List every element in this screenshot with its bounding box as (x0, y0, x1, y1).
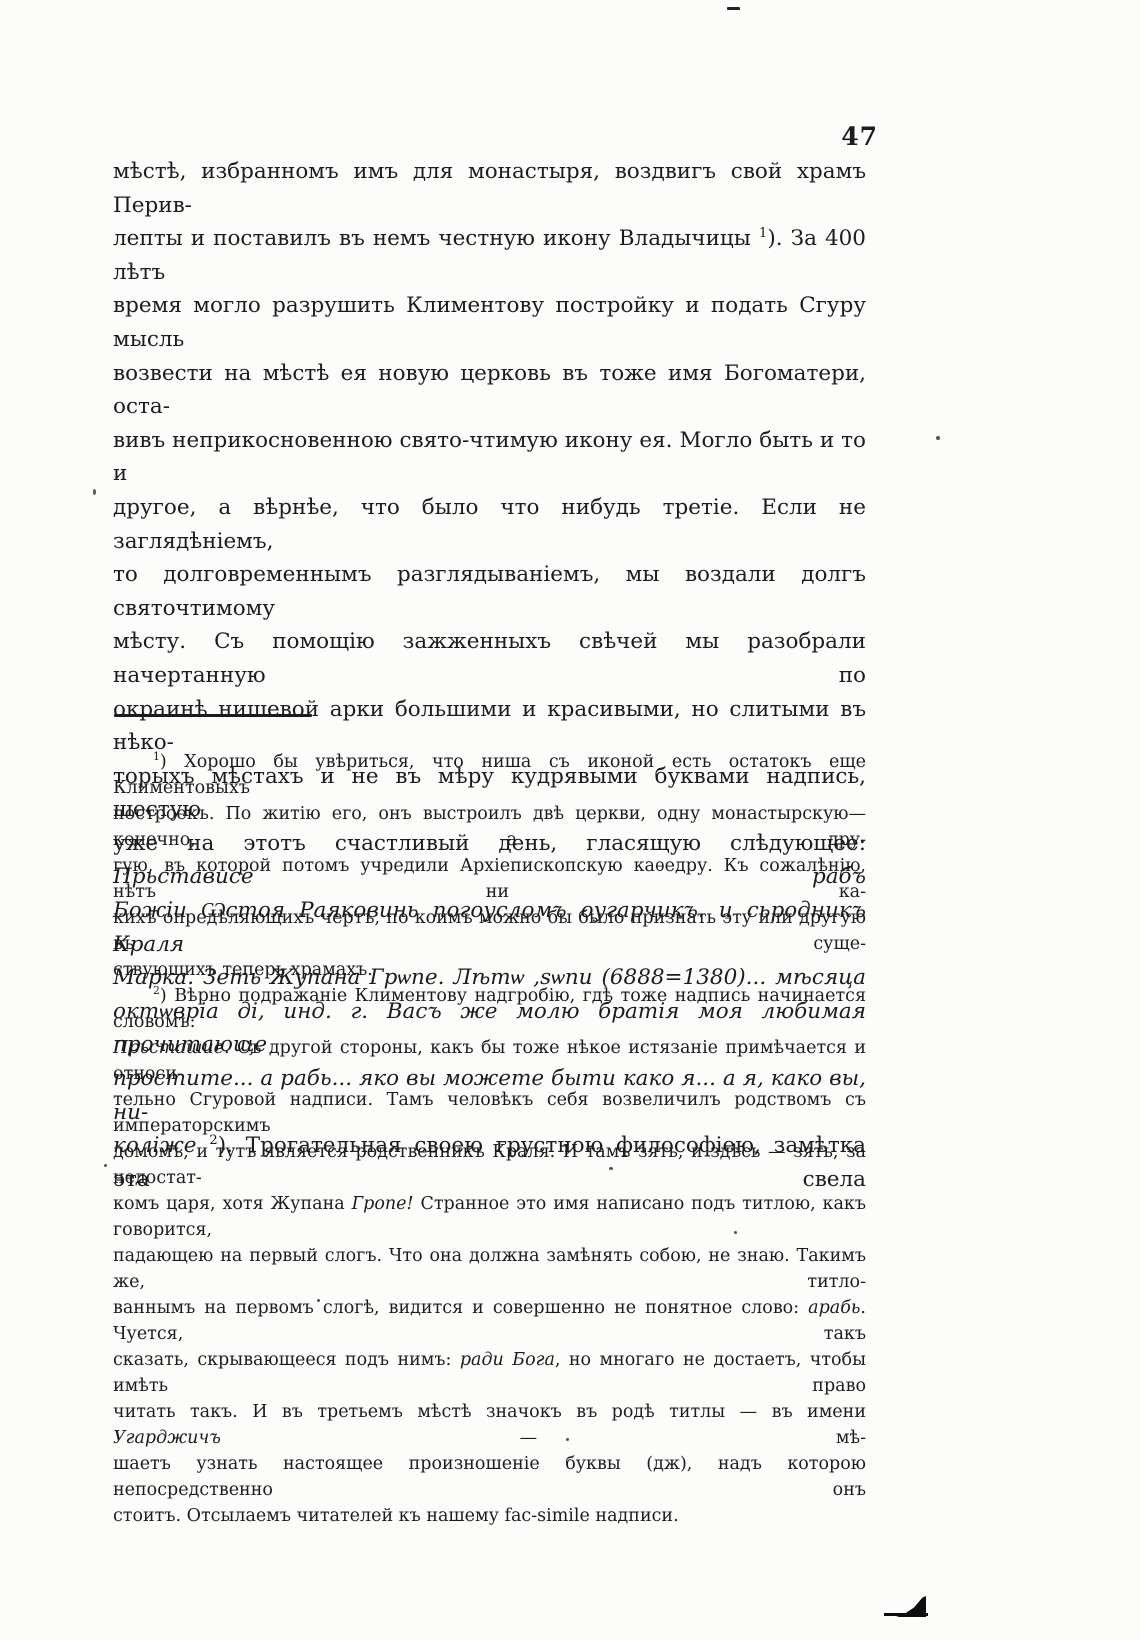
body-text: ствующихъ теперь храмахъ. (113, 960, 373, 980)
body-text: стоитъ. Отсылаемъ читателей къ нашему fa… (113, 1506, 679, 1526)
text-line: падающею на первый слогъ. Что она должна… (113, 1243, 866, 1295)
body-text: гую, въ которой потомъ учредили Архіепис… (113, 856, 866, 902)
body-text: тельно Сгуровой надписи. Тамъ человѣкъ с… (113, 1090, 866, 1136)
text-line: домомъ, и тутъ является родственникъ Кра… (113, 1139, 866, 1191)
ink-speck (734, 1231, 737, 1234)
text-line: тельно Сгуровой надписи. Тамъ человѣкъ с… (113, 1087, 866, 1139)
body-text: вивъ неприкосновенною свято-чтимую икону… (113, 428, 866, 487)
ink-speck (936, 436, 940, 440)
text-line: 2) Вѣрно подражаніе Климентову надгробію… (113, 983, 866, 1035)
text-line: ствующихъ теперь храмахъ. (113, 957, 866, 983)
ink-speck (658, 841, 661, 844)
book-page: 47 мѣстѣ, избранномъ имъ для монастыря, … (0, 0, 1140, 1640)
text-line: Прьсташие. Съ другой стороны, какъ бы то… (113, 1035, 866, 1087)
text-line: шаетъ узнать настоящее произношеніе букв… (113, 1451, 866, 1503)
scan-artifact-dash (727, 7, 740, 10)
text-line: другое, а вѣрнѣе, что было что нибудь тр… (113, 491, 866, 558)
body-text: падающею на первый слогъ. Что она должна… (113, 1246, 866, 1292)
body-text: мѣсту. Съ помощію зажженныхъ свѣчей мы р… (113, 629, 866, 688)
text-line: ваннымъ на первомъ слогѣ, видится и сове… (113, 1295, 866, 1347)
ink-speck (317, 1299, 320, 1302)
text-line: возвести на мѣстѣ ея новую церковь въ то… (113, 357, 866, 424)
body-text: ваннымъ на первомъ слогѣ, видится и сове… (113, 1298, 808, 1318)
footnote-marker: 1 (153, 750, 160, 763)
footnotes-block: 1) Хорошо бы увѣриться, что ниша съ икон… (113, 749, 866, 1529)
scan-artifact-corner-bar (884, 1613, 928, 1616)
text-line: кихъ опредѣляющихъ чертъ, по коимъ можно… (113, 905, 866, 957)
body-text: лепты и поставилъ въ немъ честную икону … (113, 226, 759, 251)
body-text: окраинѣ нишевой арки большими и красивым… (113, 697, 866, 756)
page-number: 47 (113, 122, 878, 151)
text-line: время могло разрушить Климентову построй… (113, 289, 866, 356)
footnote-marker: 2 (153, 984, 160, 997)
body-text: ) Вѣрно подражаніе Климентову надгробію,… (113, 986, 866, 1032)
body-text: другое, а вѣрнѣе, что было что нибудь тр… (113, 495, 866, 554)
body-text: то долговременнымъ разглядываніемъ, мы в… (113, 562, 866, 621)
body-text: шаетъ узнать настоящее произношеніе букв… (113, 1454, 866, 1500)
quoted-inscription-text: арабь (808, 1298, 860, 1318)
body-text: читать такъ. И въ третьемъ мѣстѣ значокъ… (113, 1402, 866, 1422)
text-line: лепты и поставилъ въ немъ честную икону … (113, 222, 866, 289)
body-text: кихъ опредѣляющихъ чертъ, по коимъ можно… (113, 908, 866, 954)
text-line: построекъ. По житію его, онъ выстроилъ д… (113, 801, 866, 853)
body-text: мѣстѣ, избранномъ имъ для монастыря, воз… (113, 159, 866, 218)
body-text: построекъ. По житію его, онъ выстроилъ д… (113, 804, 866, 850)
text-line: гую, въ которой потомъ учредили Архіепис… (113, 853, 866, 905)
text-line: стоитъ. Отсылаемъ читателей къ нашему fa… (113, 1503, 866, 1529)
text-line: читать такъ. И въ третьемъ мѣстѣ значокъ… (113, 1399, 866, 1451)
body-text: сказать, скрывающееся подъ нимъ: (113, 1350, 460, 1370)
quoted-inscription-text: Прьсташие. (113, 1038, 230, 1058)
body-text: время могло разрушить Климентову построй… (113, 293, 866, 352)
quoted-inscription-text: Угарджичъ (113, 1428, 221, 1448)
quoted-inscription-text: Гропе! (352, 1194, 414, 1214)
text-line: комъ царя, хотя Жупана Гропе! Странное э… (113, 1191, 866, 1243)
quoted-inscription-text: ради Бога (460, 1350, 555, 1370)
ink-speck (93, 489, 96, 495)
ink-speck (566, 1438, 569, 1441)
ink-speck (104, 1164, 107, 1167)
body-text: возвести на мѣстѣ ея новую церковь въ то… (113, 361, 866, 420)
text-line: мѣстѣ, избранномъ имъ для монастыря, воз… (113, 155, 866, 222)
text-line: вивъ неприкосновенною свято-чтимую икону… (113, 424, 866, 491)
body-text: домомъ, и тутъ является родственникъ Кра… (113, 1142, 866, 1188)
body-text: комъ царя, хотя Жупана (113, 1194, 352, 1214)
text-line: сказать, скрывающееся подъ нимъ: ради Бо… (113, 1347, 866, 1399)
text-line: мѣсту. Съ помощію зажженныхъ свѣчей мы р… (113, 625, 866, 692)
text-line: то долговременнымъ разглядываніемъ, мы в… (113, 558, 866, 625)
ink-speck (609, 1167, 613, 1170)
body-text: — мѣ- (221, 1428, 866, 1448)
body-text: ) Хорошо бы увѣриться, что ниша съ иконо… (113, 752, 866, 798)
text-line: 1) Хорошо бы увѣриться, что ниша съ икон… (113, 749, 866, 801)
footnote-separator-rule (114, 714, 312, 717)
